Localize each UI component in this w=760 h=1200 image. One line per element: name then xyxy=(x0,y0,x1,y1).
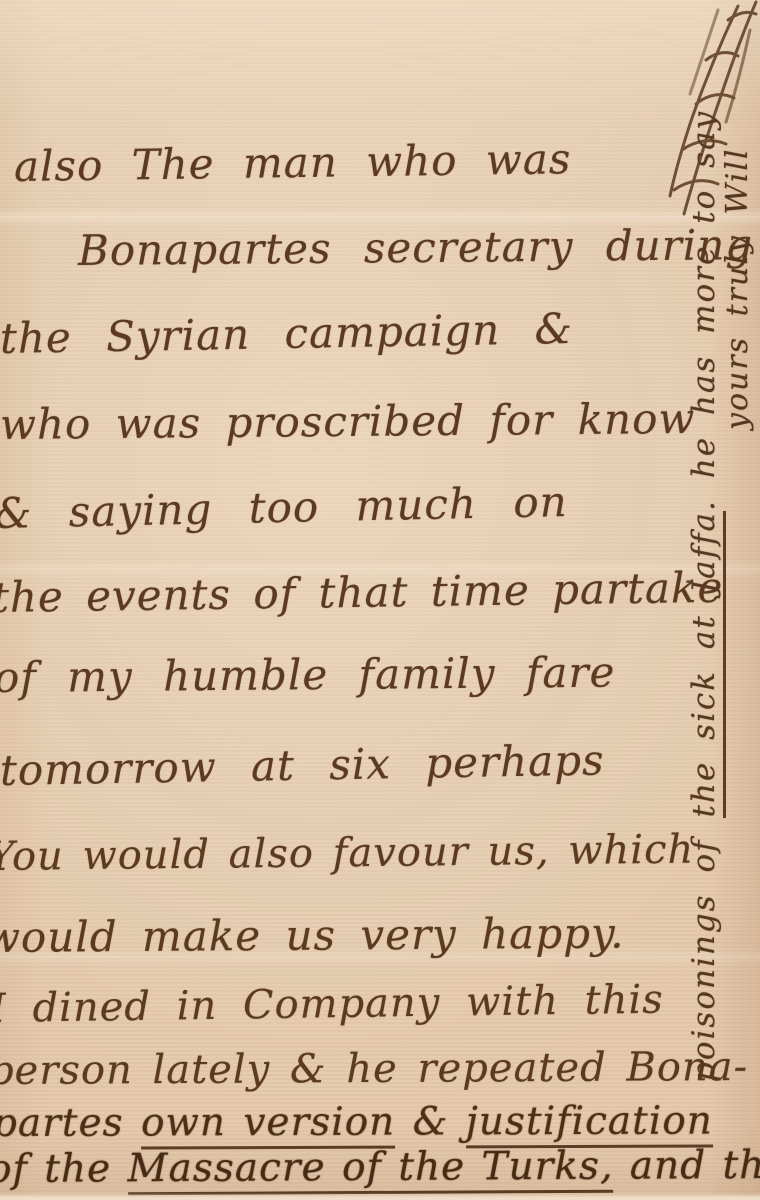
letter-line-3: the Syrian campaign & xyxy=(0,304,573,363)
letter-page: also The man who was Bonapartes secretar… xyxy=(0,0,760,1200)
underlined-phrase-own-version: own version xyxy=(141,1100,395,1150)
letter-line-11: I dined in Company with this xyxy=(0,977,664,1032)
letter-line-8: tomorrow at six perhaps xyxy=(0,735,605,795)
letter-line-13: partes own version & justification xyxy=(0,1098,713,1146)
underlined-phrase-justification: justification xyxy=(466,1098,713,1148)
letter-text-fragment: of the xyxy=(0,1146,128,1192)
paper-bottom-edge xyxy=(0,1193,760,1200)
letter-line-2: Bonapartes secretary during xyxy=(78,220,754,275)
letter-line-7: of my humble family fare xyxy=(0,648,616,702)
letter-text-fragment: & xyxy=(395,1099,466,1144)
letter-line-14: of the Massacre of the Turks, and the xyxy=(0,1143,760,1192)
letter-line-12: person lately & he repeated Bona- xyxy=(0,1044,748,1094)
underlined-phrase-massacre: Massacre of the Turks, xyxy=(127,1144,613,1196)
margin-text-fragment: poisonings of xyxy=(686,818,722,1082)
letter-line-1: also The man who was xyxy=(14,134,572,191)
letter-line-10: would make us very happy. xyxy=(0,909,625,962)
margin-cross-writing-outer: yours truly Will xyxy=(720,0,760,1200)
letter-line-9: You would also favour us, which xyxy=(0,827,694,880)
letter-line-5: & saying too much on xyxy=(0,477,568,538)
letter-text-fragment: partes xyxy=(0,1100,141,1146)
margin-text-fragment: . he has more to say xyxy=(686,110,722,511)
letter-line-6: the events of that time partake xyxy=(0,563,724,622)
letter-line-4: who was proscribed for know xyxy=(0,394,696,449)
